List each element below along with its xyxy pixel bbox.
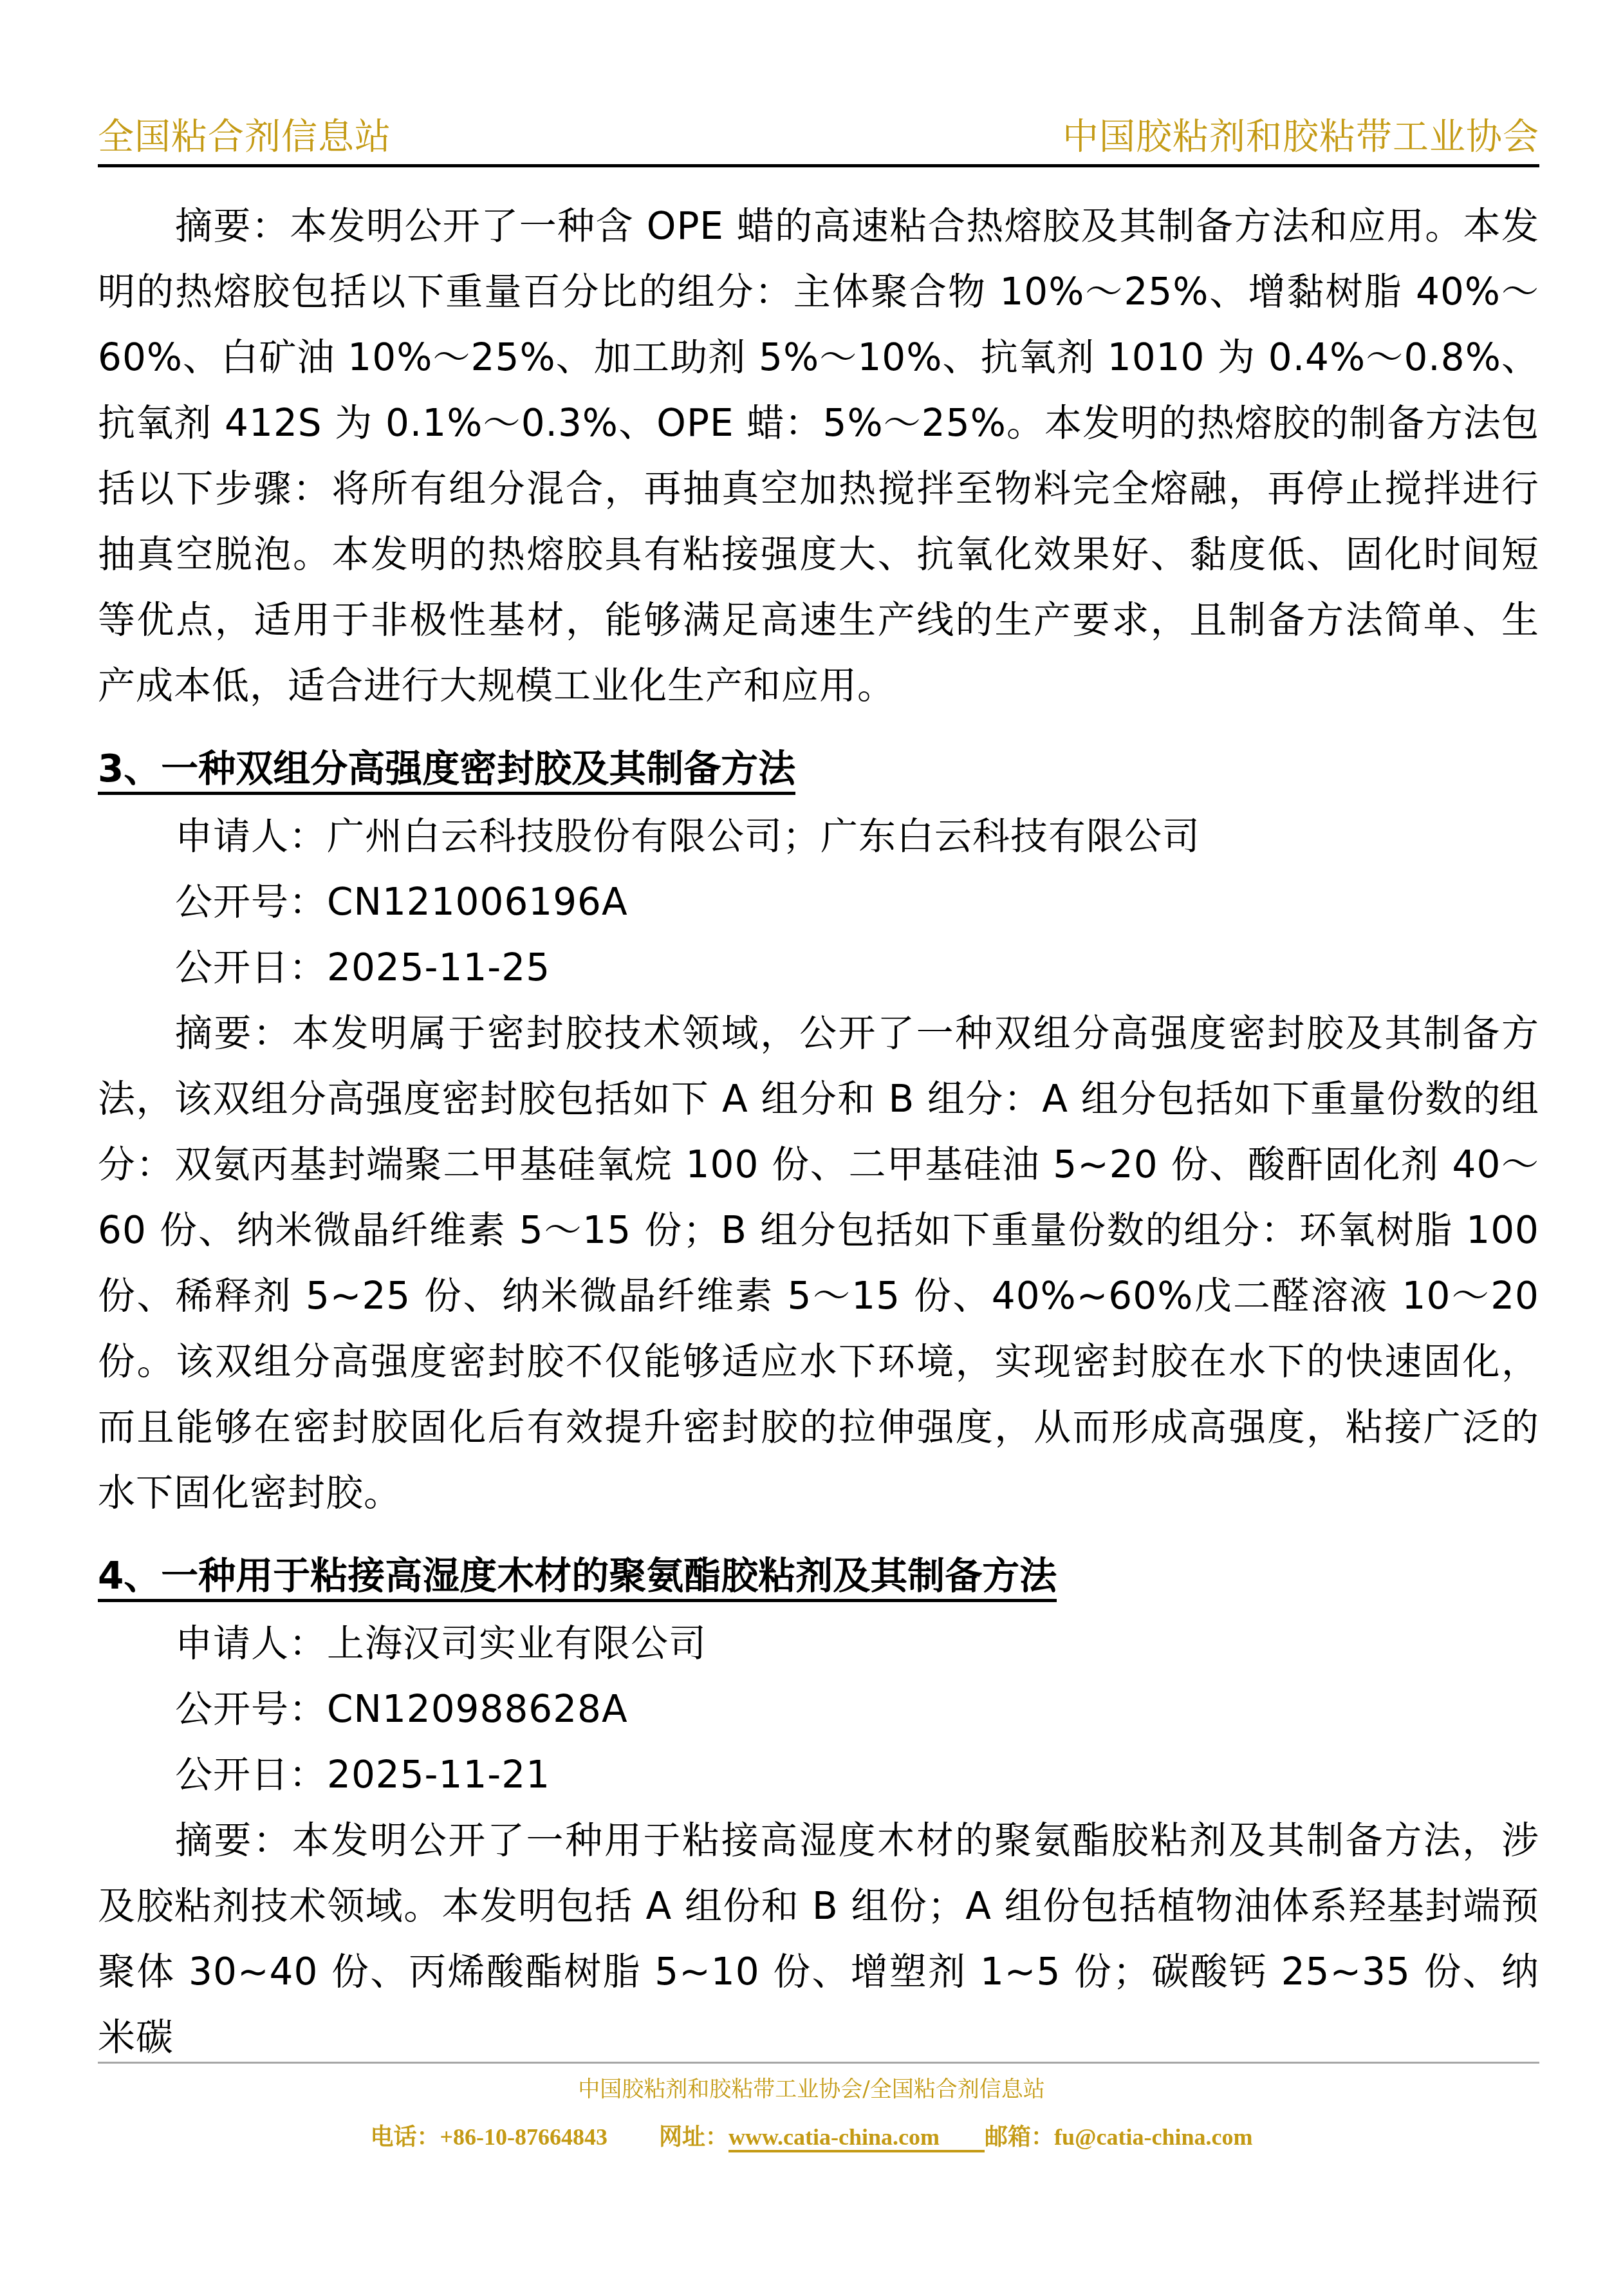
footer-email[interactable]: 邮箱：fu@catia-china.com	[985, 2124, 1252, 2150]
patent-4-pub-no: 公开号：CN120988628A	[98, 1676, 1539, 1742]
footer-divider	[98, 2062, 1539, 2064]
patent-3-pub-date: 公开日：2025-11-25	[98, 935, 1539, 1000]
patent-3-abstract: 摘要：本发明属于密封胶技术领域，公开了一种双组分高强度密封胶及其制备方法，该双组…	[98, 1000, 1539, 1526]
footer-website-label: 网址：	[659, 2124, 728, 2150]
header-site-name: 全国粘合剂信息站	[98, 115, 391, 160]
footer-website-link[interactable]: www.catia-china.com	[728, 2124, 985, 2152]
patent-4-applicant: 申请人：上海汉司实业有限公司	[98, 1610, 1539, 1676]
patent-3-applicant: 申请人：广州白云科技股份有限公司；广东白云科技有限公司	[98, 803, 1539, 869]
patent-3-title-text: 3、一种双组分高强度密封胶及其制备方法	[98, 747, 795, 795]
patent-4-title-text: 4、一种用于粘接高湿度木材的聚氨酯胶粘剂及其制备方法	[98, 1554, 1057, 1602]
abstract-patent-2: 摘要：本发明公开了一种含 OPE 蜡的高速粘合热熔胶及其制备方法和应用。本发明的…	[98, 193, 1539, 718]
patent-3-pub-no: 公开号：CN121006196A	[98, 869, 1539, 935]
footer-phone: 电话：+86-10-87664843	[371, 2124, 608, 2150]
patent-4-pub-date: 公开日：2025-11-21	[98, 1742, 1539, 1807]
header-association-name: 中国胶粘剂和胶粘带工业协会	[1062, 115, 1539, 160]
footer-organization: 中国胶粘剂和胶粘带工业协会/全国粘合剂信息站	[0, 2071, 1623, 2103]
patent-4-abstract: 摘要：本发明公开了一种用于粘接高湿度木材的聚氨酯胶粘剂及其制备方法，涉及胶粘剂技…	[98, 1807, 1539, 2070]
page-header: 全国粘合剂信息站 中国胶粘剂和胶粘带工业协会	[98, 115, 1539, 166]
patent-3-title: 3、一种双组分高强度密封胶及其制备方法	[98, 743, 1539, 794]
header-divider	[98, 164, 1539, 167]
patent-4-title: 4、一种用于粘接高湿度木材的聚氨酯胶粘剂及其制备方法	[98, 1550, 1539, 1601]
document-body: 摘要：本发明公开了一种含 OPE 蜡的高速粘合热熔胶及其制备方法和应用。本发明的…	[98, 193, 1539, 2070]
footer-contact: 电话：+86-10-87664843网址：www.catia-china.com…	[0, 2119, 1623, 2152]
